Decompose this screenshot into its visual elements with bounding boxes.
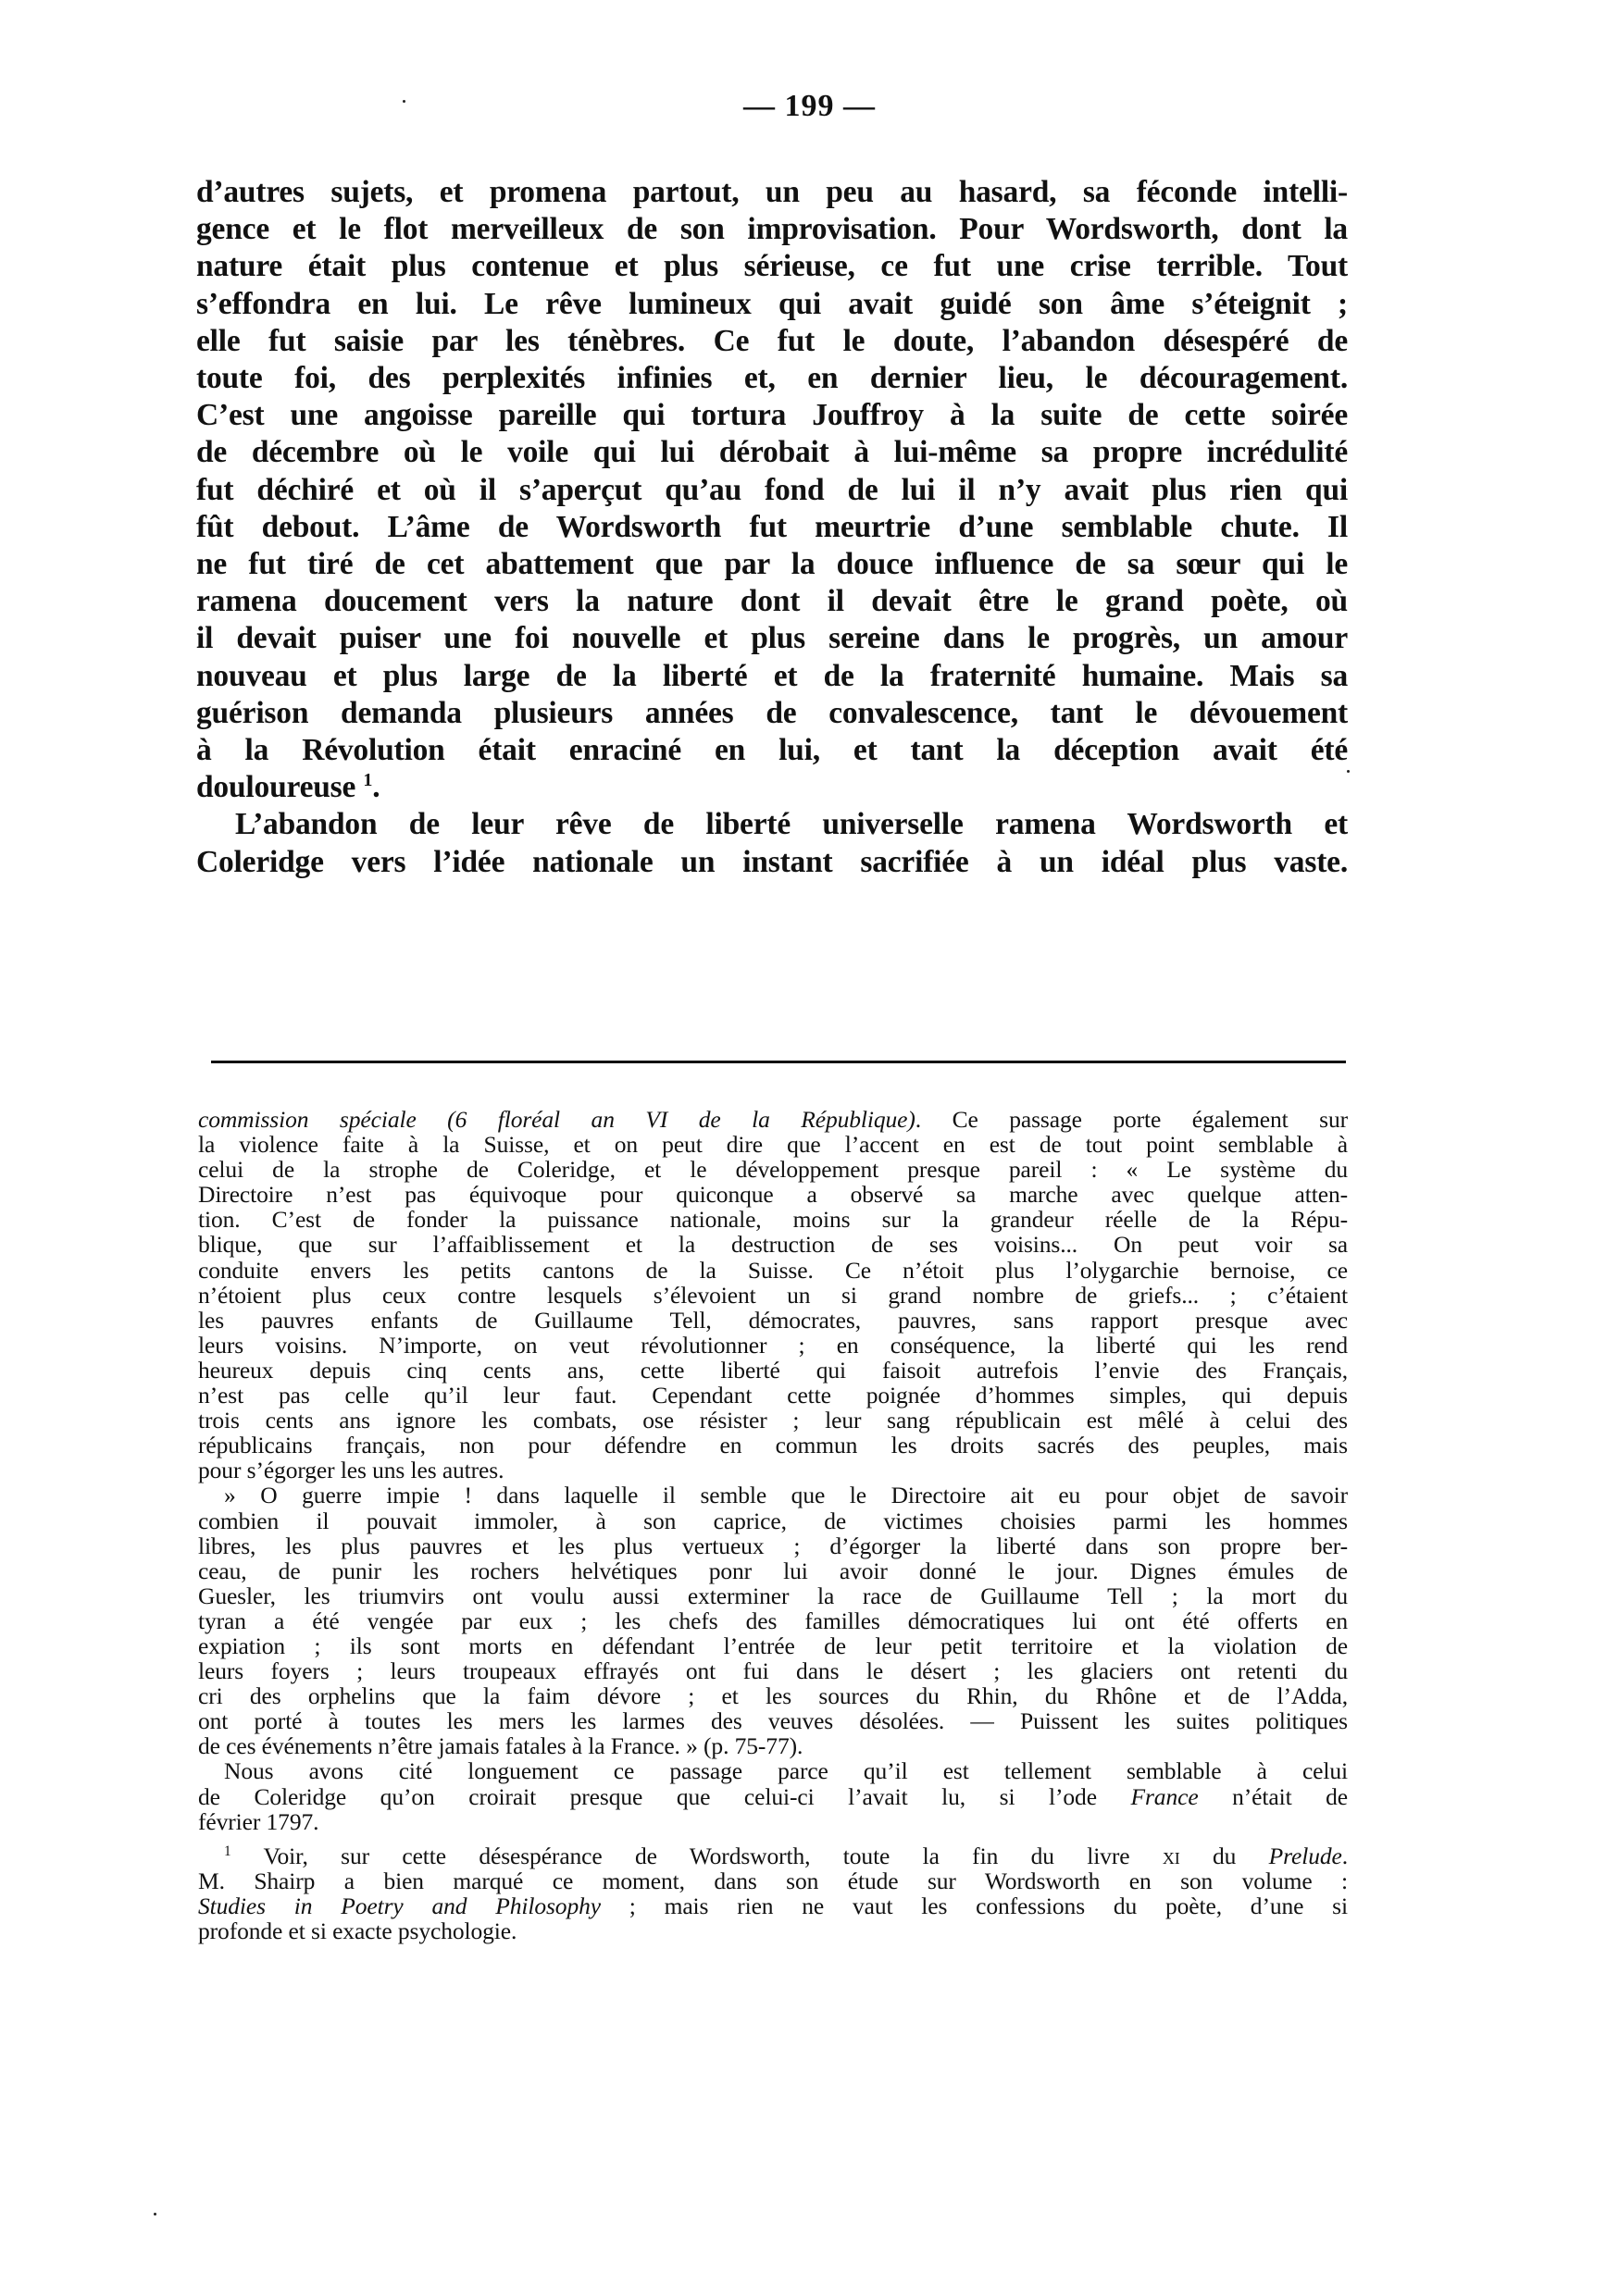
text-line: guérison demanda plusieurs années de con… (196, 695, 1348, 732)
footnote-continued: commission spéciale (6 floréal an VI de … (198, 1107, 1348, 1483)
text-line: tyran a été vengée par eux ; les chefs d… (198, 1608, 1348, 1633)
text-line: » O guerre impie ! dans laquelle il semb… (198, 1483, 1348, 1508)
text-line: conduite envers les petits cantons de la… (198, 1258, 1348, 1283)
text-line: cri des orphelins que la faim dévore ; e… (198, 1683, 1348, 1708)
text-line: n’étoient plus ceux contre lesquels s’él… (198, 1283, 1348, 1308)
text-line: heureux depuis cinq cents ans, cette lib… (198, 1358, 1348, 1383)
text-line: fut déchiré et où il s’aperçut qu’au fon… (196, 472, 1348, 509)
text-line: ne fut tiré de cet abattement que par la… (196, 546, 1348, 583)
text-fragment: de Coleridge qu’on croirait presque que … (198, 1783, 1097, 1810)
text-line: M. Shairp a bien marqué ce moment, dans … (198, 1868, 1348, 1893)
italic-text: France (1131, 1783, 1199, 1810)
text-line: fût debout. L’âme de Wordsworth fut meur… (196, 509, 1348, 546)
text-line: leurs foyers ; leurs troupeaux effrayés … (198, 1658, 1348, 1683)
main-text: d’autres sujets, et promena partout, un … (196, 174, 1348, 881)
text-line: libres, les plus pauvres et les plus ver… (198, 1533, 1348, 1558)
text-line: tion. C’est de fonder la puissance natio… (198, 1207, 1348, 1232)
scan-speck (1347, 770, 1350, 773)
text-fragment: Voir, sur cette désespérance de Wordswor… (263, 1843, 1129, 1869)
text-line: expiation ; ils sont morts en défendant … (198, 1633, 1348, 1658)
text-line: Directoire n’est pas équivoque pour quic… (198, 1182, 1348, 1207)
text-line: ont porté à toutes les mers les larmes d… (198, 1708, 1348, 1733)
text-line: il devait puiser une foi nouvelle et plu… (196, 620, 1348, 657)
text-line: Coleridge vers l’idée nationale un insta… (196, 844, 1348, 881)
text-line: elle fut saisie par les ténèbres. Ce fut… (196, 323, 1348, 360)
paragraph-2: L’abandon de leur rêve de liberté univer… (196, 806, 1348, 843)
text-line: Guesler, les triumvirs ont voulu aussi e… (198, 1583, 1348, 1608)
paragraph-2-cont: Coleridge vers l’idée nationale un insta… (196, 844, 1348, 881)
text-line: C’est une angoisse pareille qui tortura … (196, 397, 1348, 434)
scan-speck (154, 2213, 156, 2215)
text-line: de Coleridge qu’on croirait presque que … (198, 1784, 1348, 1809)
text-line: trois cents ans ignore les combats, ose … (198, 1408, 1348, 1433)
text-line: L’abandon de leur rêve de liberté univer… (235, 806, 1348, 843)
text-line: républicains français, non pour défendre… (198, 1433, 1348, 1458)
text-line: pour s’égorger les uns les autres. (198, 1458, 1348, 1483)
text-line: d’autres sujets, et promena partout, un … (196, 174, 1348, 211)
text-line: de décembre où le voile qui lui dérobait… (196, 434, 1348, 471)
roman-numeral: xi (1163, 1843, 1180, 1869)
text-line: blique, que sur l’affaiblissement et la … (198, 1232, 1348, 1257)
text-fragment: douloureuse (196, 770, 355, 804)
text-fragment: n’était de (1232, 1783, 1348, 1810)
footnote-quote: » O guerre impie ! dans laquelle il semb… (198, 1483, 1348, 1758)
text-line: nouveau et plus large de la liberté et d… (196, 658, 1348, 695)
text-line: commission spéciale (6 floréal an VI de … (198, 1107, 1348, 1132)
text-line: leurs voisins. N’importe, on veut révolu… (198, 1333, 1348, 1358)
text-line: s’effondra en lui. Le rêve lumineux qui … (196, 286, 1348, 323)
paragraph-1: d’autres sujets, et promena partout, un … (196, 174, 1348, 806)
text-fragment: . (1342, 1843, 1348, 1869)
text-fragment: . Ce passage porte également sur (915, 1106, 1348, 1133)
text-line: gence et le flot merveilleux de son impr… (196, 211, 1348, 248)
text-line: n’est pas celle qu’il leur faut. Cependa… (198, 1383, 1348, 1408)
text-line: ramena doucement vers la nature dont il … (196, 583, 1348, 620)
text-line: Nous avons cité longuement ce passage pa… (198, 1758, 1348, 1783)
footnote-marker: 1 (224, 1843, 231, 1859)
text-line: celui de la strophe de Coleridge, et le … (198, 1157, 1348, 1182)
text-line: douloureuse 1. (196, 769, 1348, 806)
text-line: les pauvres enfants de Guillaume Tell, d… (198, 1308, 1348, 1333)
footnote-1: 1 Voir, sur cette désespérance de Wordsw… (198, 1843, 1348, 1943)
text-line: 1 Voir, sur cette désespérance de Wordsw… (198, 1843, 1348, 1868)
text-line: combien il pouvait immoler, à son capric… (198, 1508, 1348, 1533)
text-fragment: ; mais rien ne vaut les confessions du p… (601, 1893, 1348, 1919)
text-line: ceau, de punir les rochers helvétiques p… (198, 1558, 1348, 1583)
text-line: nature était plus contenue et plus série… (196, 248, 1348, 285)
footnote-reference[interactable]: 1 (363, 770, 372, 790)
text-line: toute foi, des perplexités infinies et, … (196, 360, 1348, 397)
text-line: Studies in Poetry and Philosophy ; mais … (198, 1893, 1348, 1918)
footnote-separator (211, 1061, 1346, 1063)
text-line: février 1797. (198, 1809, 1348, 1834)
footnote-comment: Nous avons cité longuement ce passage pa… (198, 1758, 1348, 1833)
text-line: à la Révolution était enraciné en lui, e… (196, 732, 1348, 769)
text-fragment: du (1213, 1843, 1236, 1869)
italic-text: commission spéciale (6 floréal an VI de … (198, 1106, 915, 1133)
page-number: — 199 — (0, 89, 1619, 124)
text-line: de ces événements n’être jamais fatales … (198, 1733, 1348, 1758)
italic-text: Studies in Poetry and Philosophy (198, 1893, 601, 1919)
scan-speck (403, 100, 405, 103)
text-line: la violence faite à la Suisse, et on peu… (198, 1132, 1348, 1157)
text-line: profonde et si exacte psychologie. (198, 1918, 1348, 1943)
footnotes: commission spéciale (6 floréal an VI de … (198, 1107, 1348, 1943)
italic-text: Prelude (1269, 1843, 1342, 1869)
